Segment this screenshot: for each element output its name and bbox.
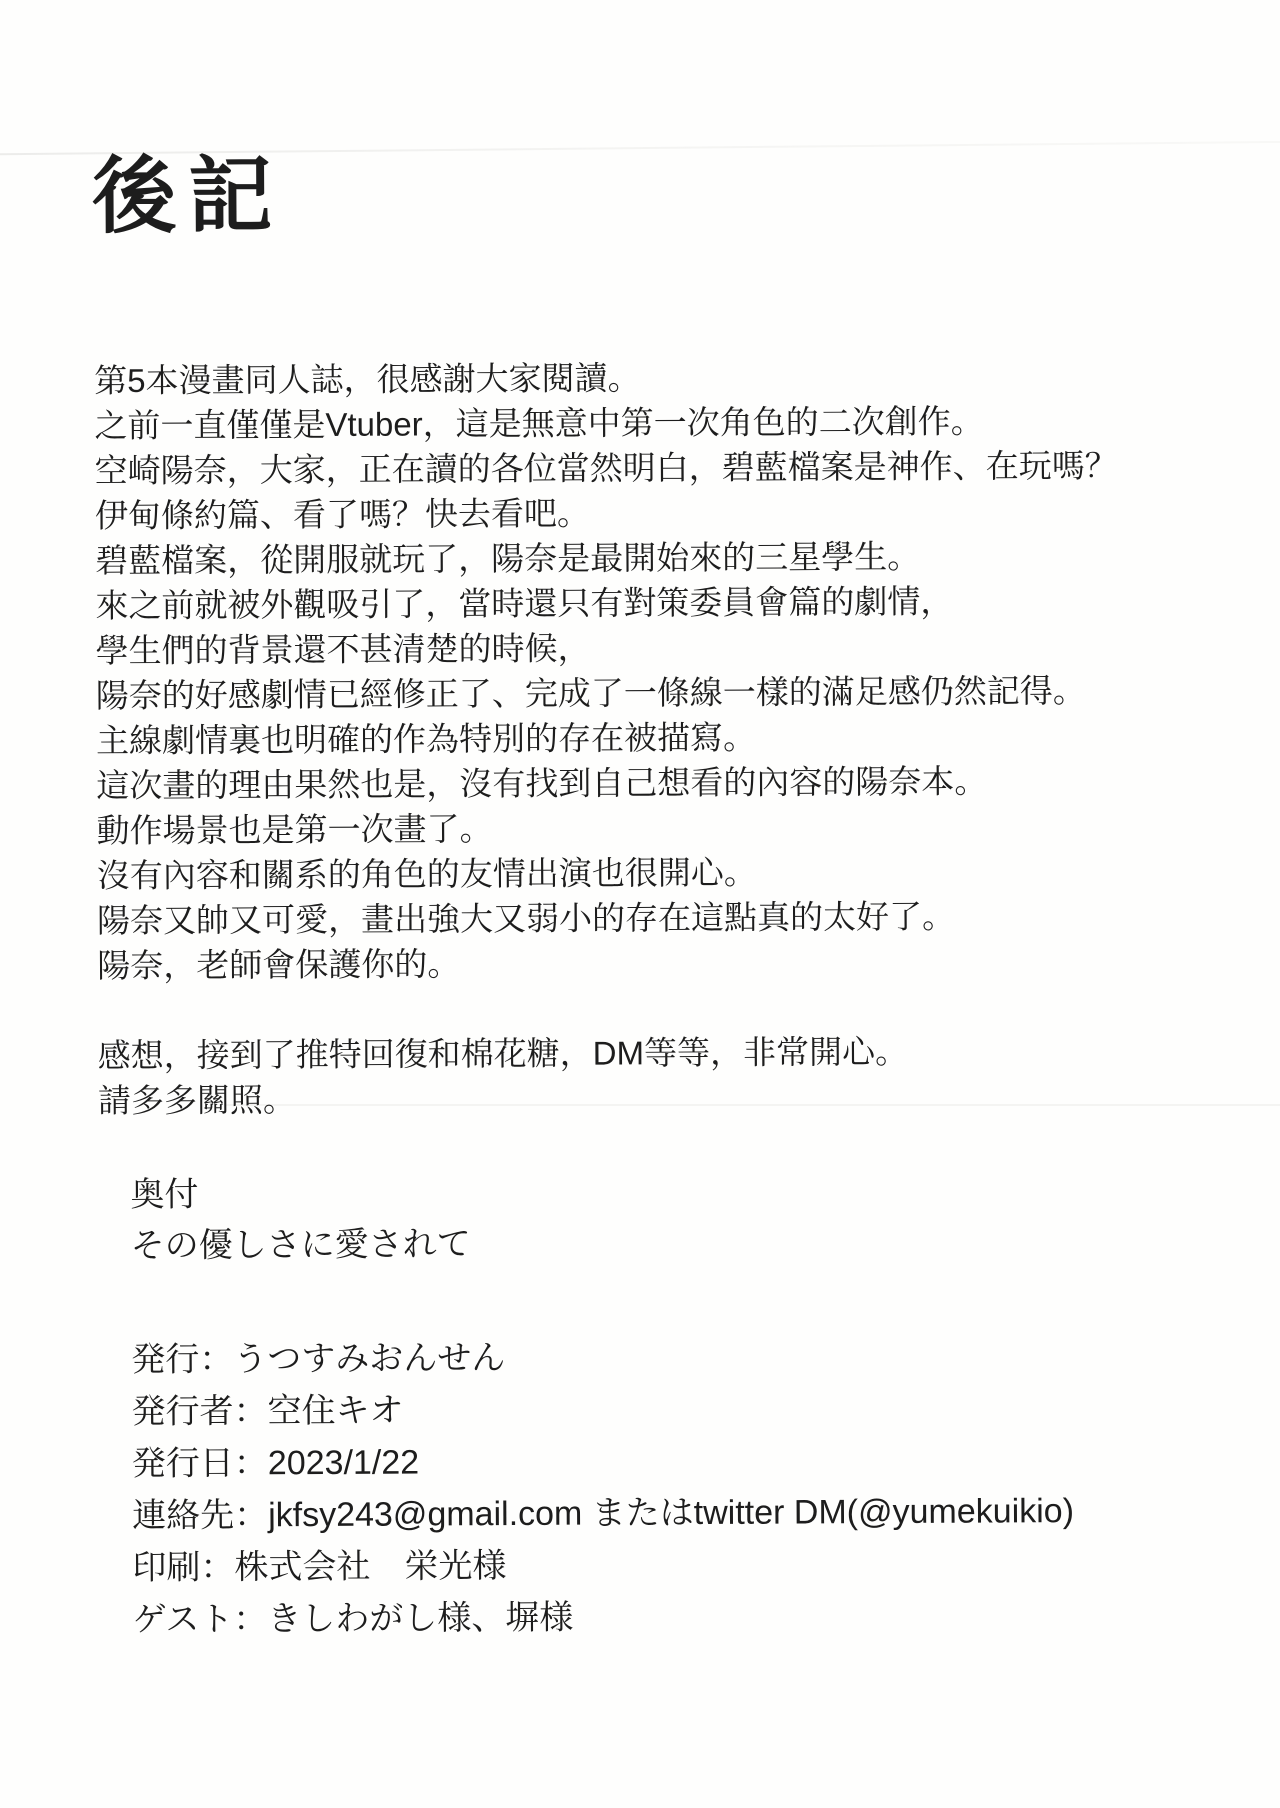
afterword-line: 沒有內容和關系的角色的友情出演也很開心。 — [97, 848, 1120, 898]
afterword-line: 動作場景也是第一次畫了。 — [96, 803, 1119, 853]
afterword-line: 學生們的背景還不甚清楚的時候， — [95, 623, 1118, 673]
afterword-line: 這次畫的理由果然也是，沒有找到自己想看的內容的陽奈本。 — [96, 758, 1119, 808]
colophon-heading: 奥付 — [130, 1168, 470, 1221]
thanks-paragraph: 感想，接到了推特回復和棉花糖，DM等等，非常開心。 請多多關照。 — [98, 1029, 909, 1123]
thanks-line: 請多多關照。 — [98, 1074, 909, 1123]
afterword-line: 之前一直僅僅是Vtuber，這是無意中第一次角色的二次創作。 — [94, 398, 1117, 448]
thanks-line: 感想，接到了推特回復和棉花糖，DM等等，非常開心。 — [98, 1029, 909, 1078]
afterword-line: 第5本漫畫同人誌，很感謝大家閱讀。 — [94, 353, 1117, 403]
colophon-entry-publisher: 発行：うつすみおんせん — [131, 1329, 1073, 1386]
colophon-entries: 発行：うつすみおんせん 発行者：空住キオ 発行日：2023/1/22 連絡先：j… — [131, 1329, 1074, 1646]
page-title: 後記 — [92, 147, 285, 244]
book-title: その優しさに愛されて — [131, 1219, 471, 1272]
colophon-entry-author: 発行者：空住キオ — [131, 1381, 1073, 1438]
afterword-line: 伊甸條約篇、看了嗎？快去看吧。 — [95, 488, 1118, 538]
afterword-body: 第5本漫畫同人誌，很感謝大家閱讀。 之前一直僅僅是Vtuber，這是無意中第一次… — [94, 353, 1120, 988]
afterword-line: 陽奈的好感劇情已經修正了、完成了一條線一樣的滿足感仍然記得。 — [96, 668, 1119, 718]
colophon-entry-printer: 印刷：株式会社 栄光様 — [132, 1537, 1074, 1594]
afterword-line: 來之前就被外觀吸引了，當時還只有對策委員會篇的劇情， — [95, 578, 1118, 628]
colophon-entry-guests: ゲスト：きしわがし様、塀様 — [133, 1589, 1075, 1646]
page-content: 後記 第5本漫畫同人誌，很感謝大家閱讀。 之前一直僅僅是Vtuber，這是無意中… — [0, 0, 1280, 1808]
scanned-page: 後記 第5本漫畫同人誌，很感謝大家閱讀。 之前一直僅僅是Vtuber，這是無意中… — [0, 0, 1280, 1808]
afterword-line: 陽奈又帥又可愛，畫出強大又弱小的存在這點真的太好了。 — [97, 893, 1120, 943]
colophon-header: 奥付 その優しさに愛されて — [130, 1168, 471, 1272]
afterword-line: 主線劇情裏也明確的作為特別的存在被描寫。 — [96, 713, 1119, 763]
afterword-line: 陽奈，老師會保護你的。 — [97, 938, 1120, 988]
colophon-entry-contact: 連絡先：jkfsy243@gmail.com またはtwitter DM(@yu… — [132, 1485, 1074, 1542]
afterword-line: 碧藍檔案，從開服就玩了，陽奈是最開始來的三星學生。 — [95, 533, 1118, 583]
colophon-entry-date: 発行日：2023/1/22 — [132, 1433, 1074, 1490]
afterword-line: 空崎陽奈，大家，正在讀的各位當然明白，碧藍檔案是神作、在玩嗎？ — [95, 443, 1118, 493]
